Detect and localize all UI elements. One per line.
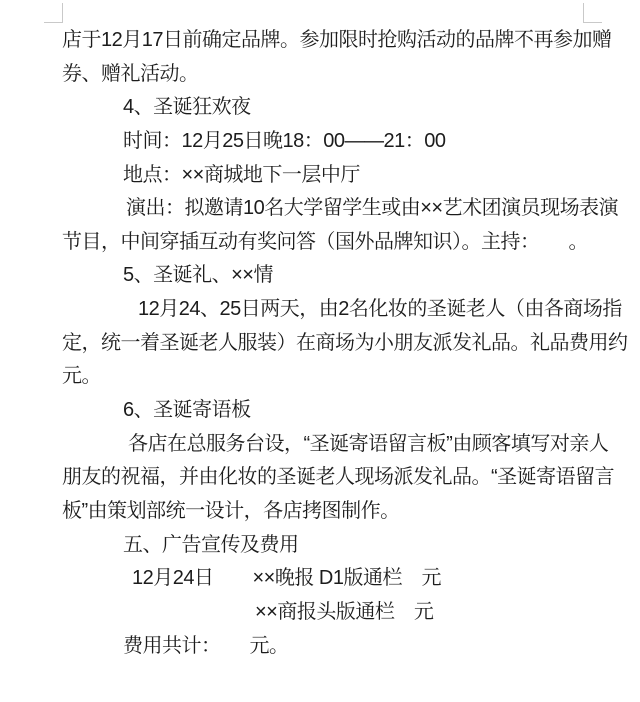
text-line: 费用共计： 元。 <box>62 630 607 664</box>
heading-line: 4、圣诞狂欢夜 <box>62 91 607 125</box>
document-body: 店于12月17日前确定品牌。参加限时抢购活动的品牌不再参加赠 券、赠礼活动。 4… <box>62 24 607 663</box>
text-line: 地点：××商城地下一层中厅 <box>62 159 607 193</box>
page-margin-top-left-icon <box>44 3 63 23</box>
heading-line: 五、广告宣传及费用 <box>62 529 607 563</box>
text-line: 券、赠礼活动。 <box>62 58 607 92</box>
text-line: 店于12月17日前确定品牌。参加限时抢购活动的品牌不再参加赠 <box>62 24 607 58</box>
text-line: 12月24、25日两天，由2名化妆的圣诞老人（由各商场指 <box>62 293 607 327</box>
text-line: 朋友的祝福，并由化妆的圣诞老人现场派发礼品。“圣诞寄语留言 <box>62 461 607 495</box>
text-line: 板”由策划部统一设计，各店拷图制作。 <box>62 495 607 529</box>
heading-line: 6、圣诞寄语板 <box>62 394 607 428</box>
text-line: 定，统一着圣诞老人服装）在商场为小朋友派发礼品。礼品费用约 <box>62 327 607 361</box>
text-line: 各店在总服务台设，“圣诞寄语留言板”由顾客填写对亲人 <box>62 428 607 462</box>
text-line: ××商报头版通栏 元 <box>62 596 607 630</box>
text-line: 12月24日 ××晚报 D1版通栏 元 <box>62 562 607 596</box>
text-line: 元。 <box>62 360 607 394</box>
text-line: 时间：12月25日晚18：00——21：00 <box>62 125 607 159</box>
text-line: 演出：拟邀请10名大学留学生或由××艺术团演员现场表演 <box>62 192 607 226</box>
heading-line: 5、圣诞礼、××情 <box>62 259 607 293</box>
page-margin-top-right-icon <box>583 3 602 23</box>
text-line: 节目，中间穿插互动有奖问答（国外品牌知识）。主持： 。 <box>62 226 607 260</box>
document-page: 店于12月17日前确定品牌。参加限时抢购活动的品牌不再参加赠 券、赠礼活动。 4… <box>0 0 640 702</box>
